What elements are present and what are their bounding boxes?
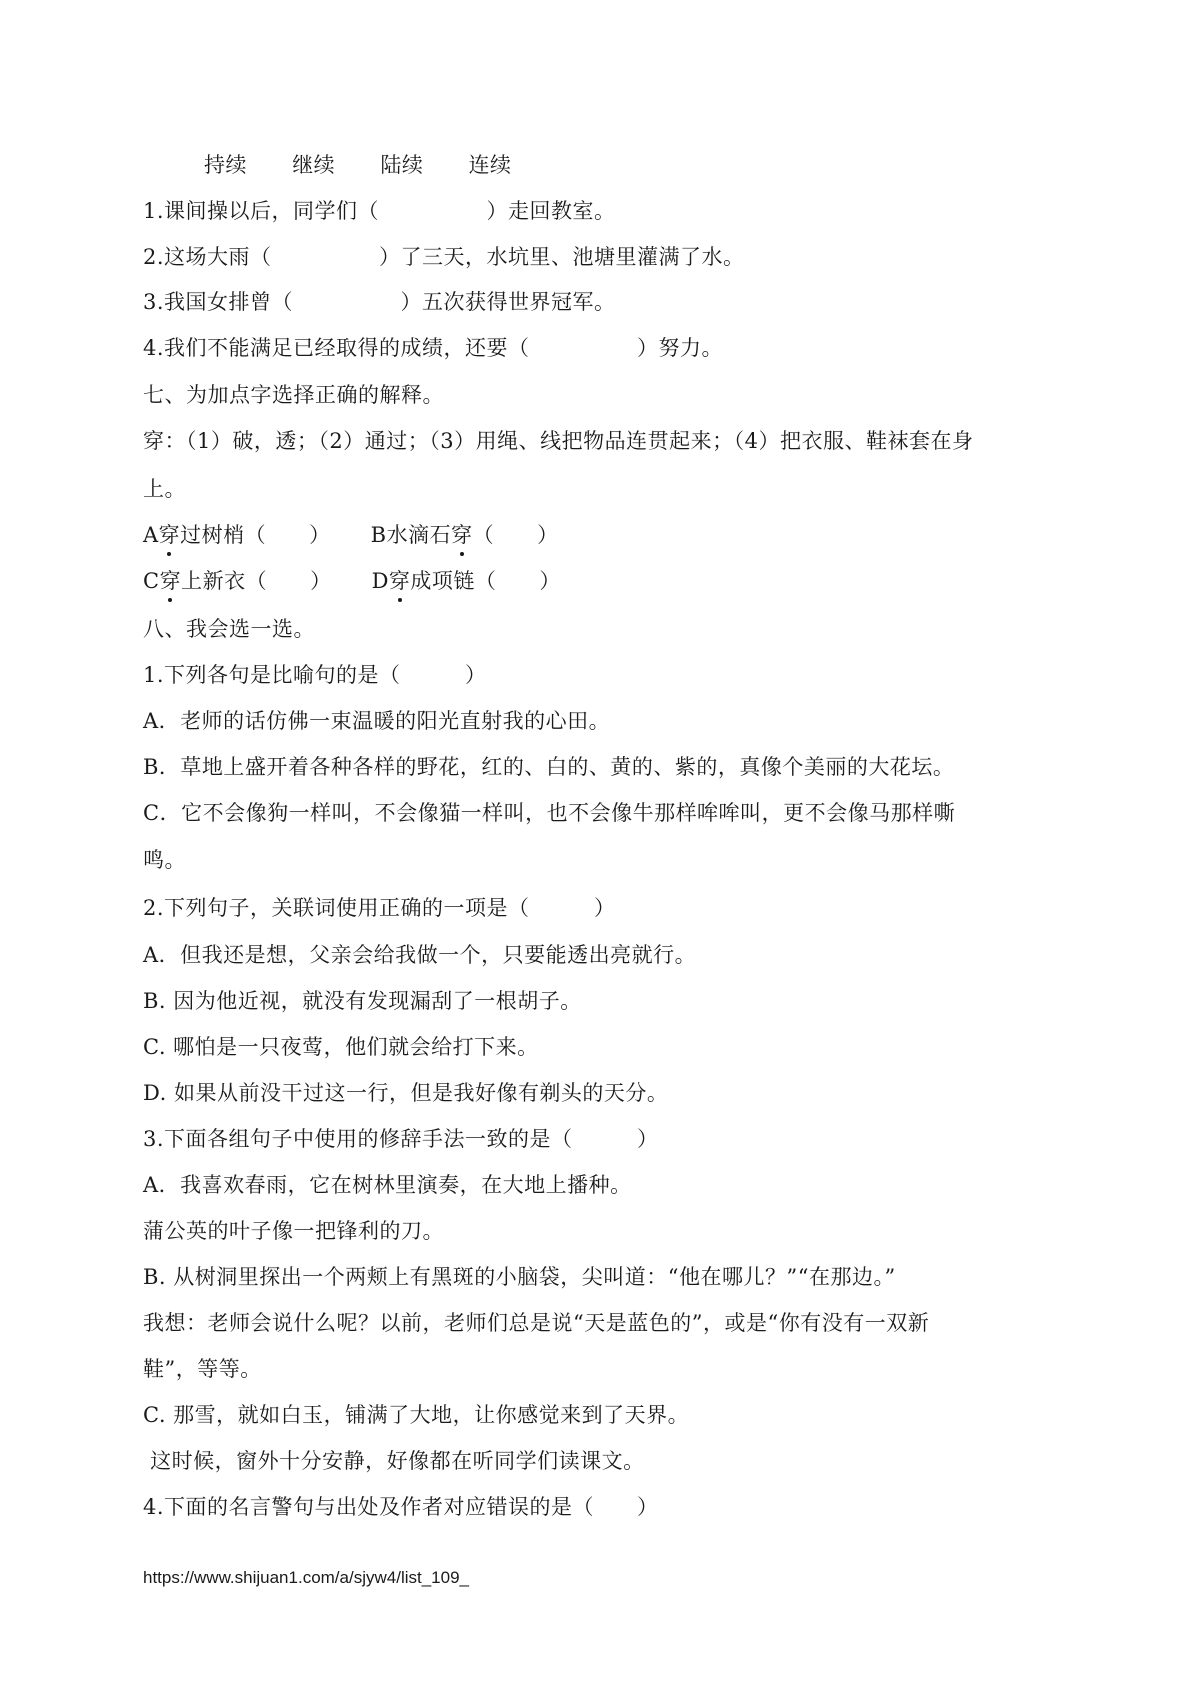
definition-text: 上。	[143, 474, 186, 504]
answer-option: B. 因为他近视，就没有发现漏刮了一根胡子。	[143, 986, 582, 1016]
word-option: 继续	[292, 150, 335, 180]
fill-blank-question: 4.我们不能满足已经取得的成绩，还要（ ）努力。	[143, 333, 723, 363]
fill-blank-question: 2.这场大雨（ ）了三天，水坑里、池塘里灌满了水。	[143, 242, 745, 272]
option-a: A穿过树梢（ ）	[143, 520, 331, 550]
fill-blank-question: 1.课间操以后，同学们（ ）走回教室。	[143, 196, 616, 226]
answer-option: C．它不会像狗一样叫，不会像猫一样叫，也不会像牛那样哞哞叫，更不会像马那样嘶	[143, 798, 955, 828]
answer-option: A．我喜欢春雨，它在树林里演奏，在大地上播种。	[143, 1170, 632, 1200]
option-row: A穿过树梢（ ）B水滴石穿（ ）	[143, 520, 559, 550]
dotted-char: 穿	[389, 566, 411, 596]
question-stem: 2.下列句子，关联词使用正确的一项是（ ）	[143, 893, 616, 923]
word-bank: 持续 继续 陆续 连续	[204, 150, 550, 180]
answer-option-continued: 这时候，窗外十分安静，好像都在听同学们读课文。	[143, 1446, 645, 1476]
source-url[interactable]: https://www.shijuan1.com/a/sjyw4/list_10…	[143, 1567, 469, 1589]
answer-option: B. 从树洞里探出一个两颊上有黑斑的小脑袋，尖叫道：“他在哪儿？”“在那边。”	[143, 1262, 896, 1292]
document-page: 持续 继续 陆续 连续 1.课间操以后，同学们（ ）走回教室。 2.这场大雨（ …	[0, 0, 1191, 1684]
option-row: C穿上新衣（ ）D穿成项链（ ）	[143, 566, 561, 596]
option-c: C穿上新衣（ ）	[143, 566, 332, 596]
dotted-char: 穿	[160, 566, 182, 596]
answer-option-continued: 我想：老师会说什么呢？以前，老师们总是说“天是蓝色的”，或是“你有没有一双新	[143, 1308, 929, 1338]
answer-option: A．但我还是想，父亲会给我做一个，只要能透出亮就行。	[143, 940, 696, 970]
question-stem: 1.下列各句是比喻句的是（ ）	[143, 660, 487, 690]
word-option: 连续	[469, 150, 512, 180]
fill-blank-question: 3.我国女排曾（ ）五次获得世界冠军。	[143, 287, 616, 317]
question-stem: 4.下面的名言警句与出处及作者对应错误的是（ ）	[143, 1492, 659, 1522]
option-d: D穿成项链（ ）	[372, 566, 561, 596]
answer-option: C. 那雪，就如白玉，铺满了大地，让你感觉来到了天界。	[143, 1400, 689, 1430]
answer-option: A．老师的话仿佛一束温暖的阳光直射我的心田。	[143, 706, 610, 736]
section-7-title: 七、为加点字选择正确的解释。	[143, 380, 444, 410]
question-stem: 3.下面各组句子中使用的修辞手法一致的是（ ）	[143, 1124, 659, 1154]
word-option: 陆续	[380, 150, 423, 180]
option-b: B水滴石穿（ ）	[371, 520, 559, 550]
dotted-char: 穿	[451, 520, 473, 550]
answer-option: C. 哪怕是一只夜莺，他们就会给打下来。	[143, 1032, 539, 1062]
answer-option-continued: 蒲公英的叶子像一把锋利的刀。	[143, 1216, 444, 1246]
dotted-char: 穿	[159, 520, 181, 550]
section-8-title: 八、我会选一选。	[143, 614, 315, 644]
answer-option-continued: 鞋”，等等。	[143, 1354, 262, 1384]
answer-option-continued: 鸣。	[143, 845, 186, 875]
answer-option: D. 如果从前没干过这一行，但是我好像有剃头的天分。	[143, 1078, 668, 1108]
word-option: 持续	[204, 150, 247, 180]
answer-option: B．草地上盛开着各种各样的野花，红的、白的、黄的、紫的，真像个美丽的大花坛。	[143, 752, 954, 782]
definition-text: 穿：（1）破，透；（2）通过；（3）用绳、线把物品连贯起来；（4）把衣服、鞋袜套…	[143, 426, 973, 456]
